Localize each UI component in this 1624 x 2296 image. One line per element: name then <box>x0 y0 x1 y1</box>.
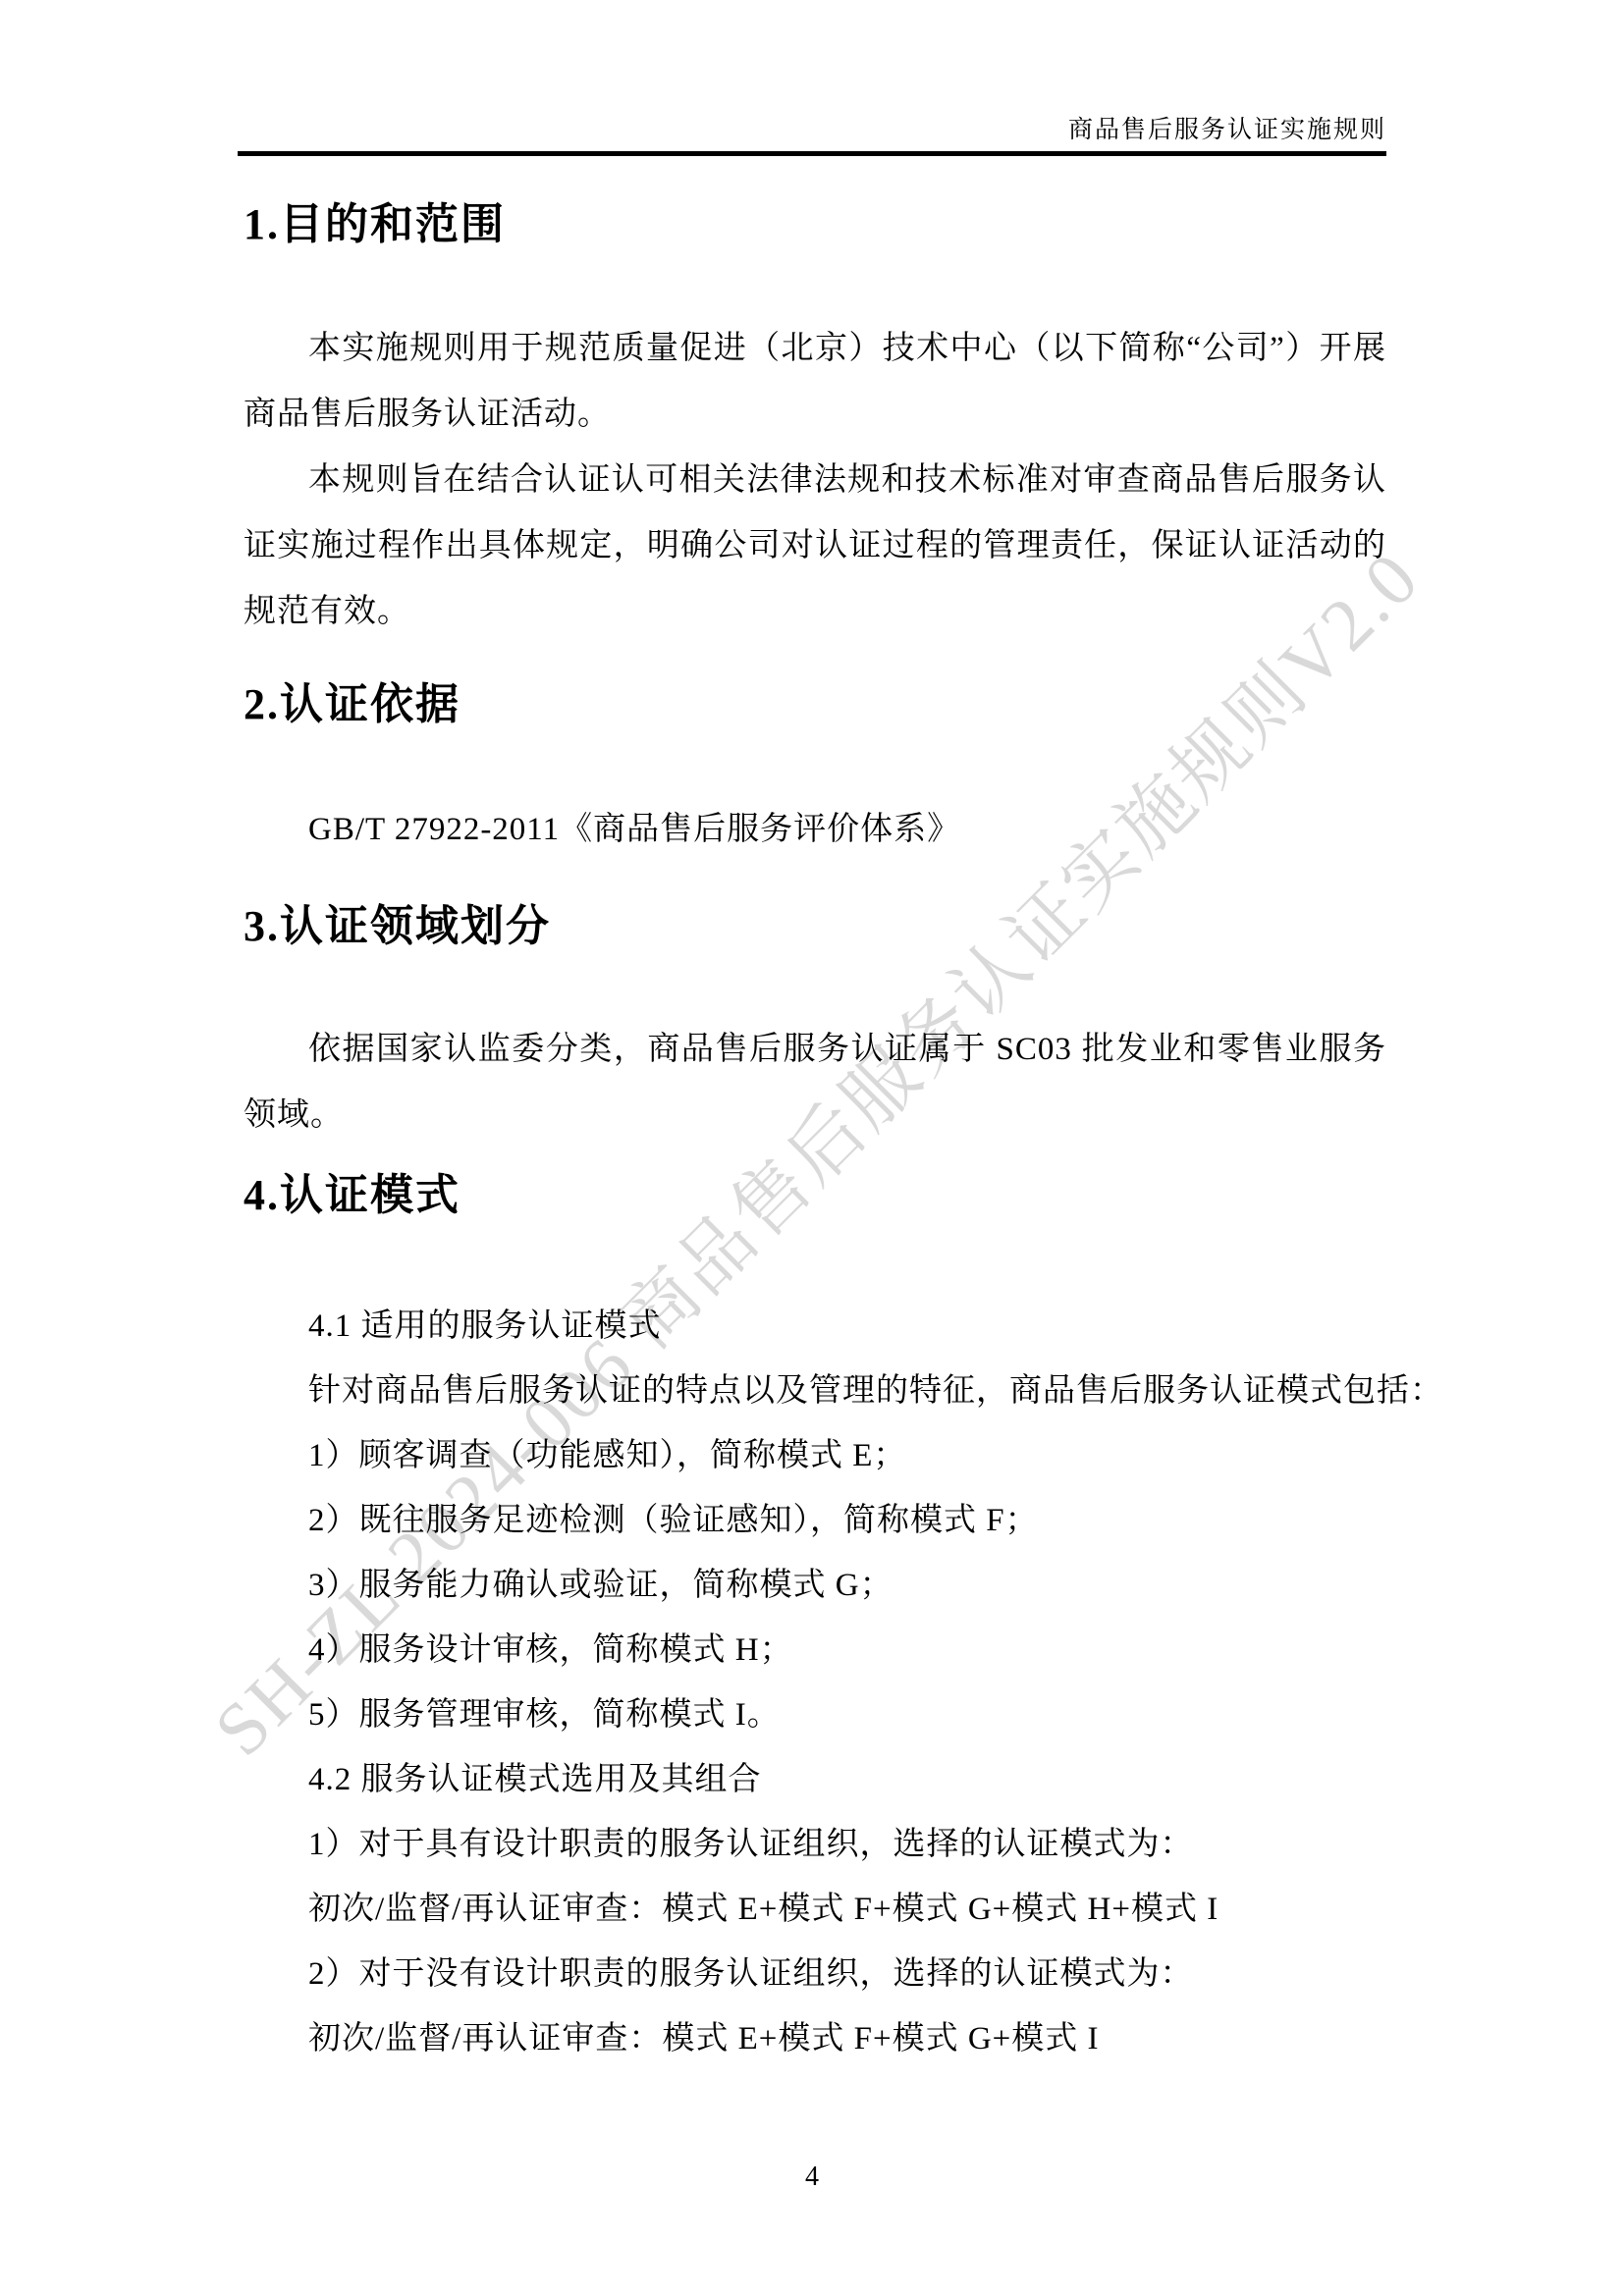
section-4-heading: 4.认证模式 <box>244 1170 460 1222</box>
header-rule <box>238 151 1386 156</box>
page-header-title: 商品售后服务认证实施规则 <box>1068 110 1386 145</box>
section-4-line: 针对商品售后服务认证的特点以及管理的特征，商品售后服务认证模式包括： <box>244 1359 1386 1423</box>
section-4-line: 3）服务能力确认或验证，简称模式 G； <box>244 1553 1386 1618</box>
section-2-paragraph-1: GB/T 27922-2011《商品售后服务评价体系》 <box>244 797 1386 862</box>
section-4-line: 2）既往服务足迹检测（验证感知），简称模式 F； <box>244 1488 1386 1553</box>
section-3-heading: 3.认证领域划分 <box>244 901 551 953</box>
section-1-paragraph-2: 本规则旨在结合认证认可相关法律法规和技术标准对审查商品售后服务认证实施过程作出具… <box>244 448 1386 645</box>
section-1-paragraph-1: 本实施规则用于规范质量促进（北京）技术中心（以下简称“公司”）开展商品售后服务认… <box>244 316 1386 448</box>
document-page: SH-ZL 2024-006 商品售后服务认证实施规则V2.0 商品售后服务认证… <box>0 0 1624 2296</box>
section-4-line: 4.1 适用的服务认证模式 <box>244 1294 1386 1359</box>
section-3-paragraph-1: 依据国家认监委分类，商品售后服务认证属于 SC03 批发业和零售业服务领域。 <box>244 1017 1386 1148</box>
page-content: 商品售后服务认证实施规则 1.目的和范围 本实施规则用于规范质量促进（北京）技术… <box>0 0 1624 2296</box>
section-4-line: 1）顾客调查（功能感知），简称模式 E； <box>244 1423 1386 1488</box>
section-4-body: 4.1 适用的服务认证模式 针对商品售后服务认证的特点以及管理的特征，商品售后服… <box>244 1294 1386 2071</box>
section-2-heading: 2.认证依据 <box>244 679 460 731</box>
section-4-line: 4.2 服务认证模式选用及其组合 <box>244 1747 1386 1812</box>
section-4-line: 初次/监督/再认证审查：模式 E+模式 F+模式 G+模式 I <box>244 2006 1386 2071</box>
section-4-line: 初次/监督/再认证审查：模式 E+模式 F+模式 G+模式 H+模式 I <box>244 1877 1386 1942</box>
page-number: 4 <box>0 2162 1624 2193</box>
section-4-line: 5）服务管理审核，简称模式 I。 <box>244 1682 1386 1747</box>
section-1-heading: 1.目的和范围 <box>244 199 506 251</box>
section-4-line: 4）服务设计审核，简称模式 H； <box>244 1618 1386 1682</box>
section-4-line: 1）对于具有设计职责的服务认证组织，选择的认证模式为： <box>244 1812 1386 1877</box>
section-4-line: 2）对于没有设计职责的服务认证组织，选择的认证模式为： <box>244 1942 1386 2006</box>
